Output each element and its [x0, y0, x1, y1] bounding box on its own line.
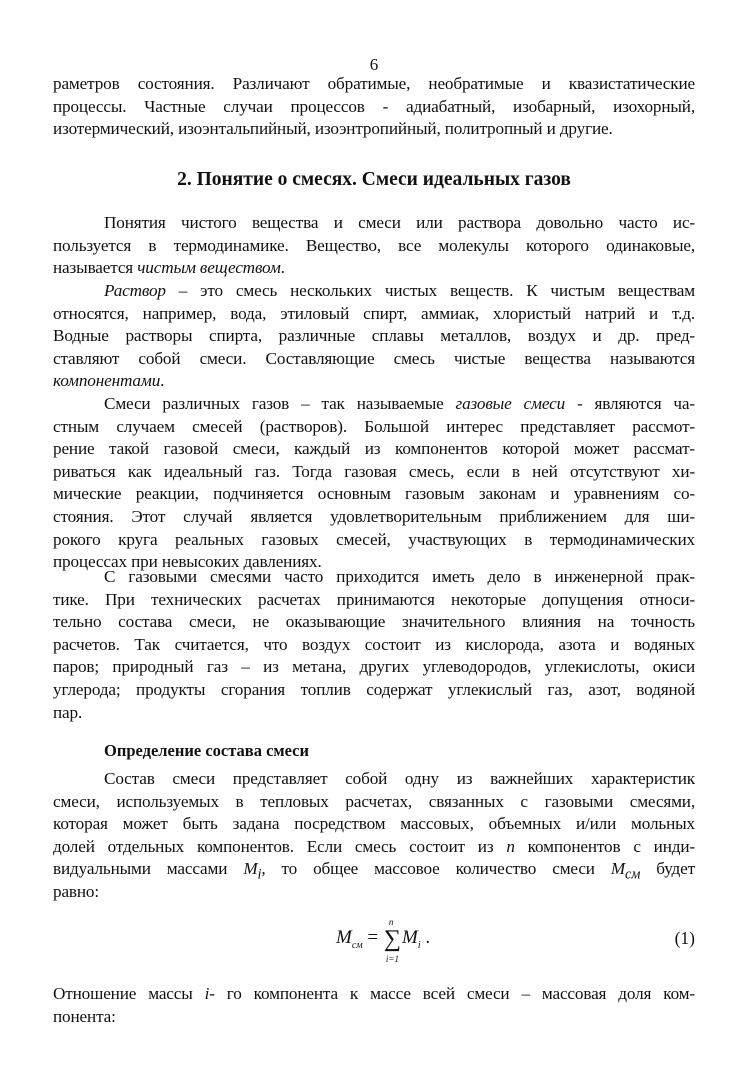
text-fragment: - го компонента к массе всей смеси – мас…: [209, 984, 695, 1003]
equation-1: Mсм = ∑ni=1Mi . (1): [53, 922, 695, 968]
text-line: тельно состава смеси, не оказывающие зна…: [53, 611, 695, 634]
lhs-symbol: M: [336, 927, 352, 948]
term-pure-substance: чистым веществом: [137, 258, 280, 277]
sigma-lower-limit: i=1: [386, 954, 399, 964]
paragraph-solution: Раствор – это смесь нескольких чистых ве…: [53, 280, 695, 393]
text-fragment: Отношение массы: [53, 984, 205, 1003]
rhs-symbol: M: [402, 927, 418, 948]
text-line: тике. При технических расчетах принимают…: [53, 589, 695, 612]
text-line: углерода; продукты сгорания топлив содер…: [53, 679, 695, 702]
text-fragment: .: [281, 258, 285, 277]
text-fragment: видуальными массами: [53, 859, 243, 878]
text-fragment: будет: [640, 859, 695, 878]
text-line: относятся, например, вода, этиловый спир…: [53, 303, 695, 326]
text-line: Отношение массы i- го компонента к массе…: [53, 983, 695, 1006]
text-line: которая может быть задана посредством ма…: [53, 813, 695, 836]
text-line: компонентами.: [53, 370, 695, 393]
text-line: расчетов. Так считается, что воздух сост…: [53, 634, 695, 657]
paragraph-composition: Состав смеси представляет собой одну из …: [53, 768, 695, 904]
page-number: 6: [53, 55, 695, 75]
lhs-subscript: см: [352, 940, 363, 951]
text-line: долей отдельных компонентов. Если смесь …: [53, 836, 695, 859]
text-fragment: долей отдельных компонентов. Если смесь …: [53, 837, 506, 856]
text-line: риваться как идеальный газ. Тогда газова…: [53, 461, 695, 484]
text-line: Понятия чистого вещества и смеси или рас…: [53, 212, 695, 235]
text-line: стным случаем смесей (растворов). Большо…: [53, 416, 695, 439]
equation-period: .: [421, 927, 431, 948]
var-symbol: M: [243, 859, 257, 878]
text-fragment: - являются ча-: [565, 394, 695, 413]
paragraph-engineering-practice: С газовыми смесями часто приходится имет…: [53, 566, 695, 724]
text-line: понента:: [53, 1006, 695, 1029]
text-line: Состав смеси представляет собой одну из …: [53, 768, 695, 791]
text-fragment: называется: [53, 258, 137, 277]
text-line: пользуется в термодинамике. Вещество, вс…: [53, 235, 695, 258]
text-line: стояния. Этот случай является удовлетвор…: [53, 506, 695, 529]
paragraph-gas-mixtures: Смеси различных газов – так называемые г…: [53, 393, 695, 574]
sigma-symbol: ∑: [384, 926, 401, 952]
sigma-upper-limit: n: [389, 917, 394, 927]
text-line: рение такой газовой смеси, каждый из ком…: [53, 438, 695, 461]
term-solution: Раствор: [104, 281, 166, 300]
section-heading: 2. Понятие о смесях. Смеси идеальных газ…: [53, 168, 695, 192]
text-fragment: .: [160, 371, 164, 390]
equals-sign: =: [363, 927, 383, 948]
text-line: равно:: [53, 881, 695, 904]
text-line: рокого круга реальных газовых смесей, уч…: [53, 529, 695, 552]
equation-expression: Mсм = ∑ni=1Mi .: [336, 926, 430, 953]
var-n: n: [506, 837, 514, 856]
term-gas-mixtures: газовые смеси: [456, 394, 565, 413]
text-line: процессы. Частные случаи процессов - ади…: [53, 96, 695, 119]
text-line: видуальными массами Mi, то общее массово…: [53, 858, 695, 881]
text-fragment: – это смесь нескольких чистых веществ. К…: [166, 281, 695, 300]
text-line: смеси, используемых в тепловых расчетах,…: [53, 791, 695, 814]
text-line: раметров состояния. Различают обратимые,…: [53, 73, 695, 96]
term-components: компонентами: [53, 371, 160, 390]
paragraph-mass-fraction: Отношение массы i- го компонента к массе…: [53, 983, 695, 1028]
paragraph-pure-substance: Понятия чистого вещества и смеси или рас…: [53, 212, 695, 280]
text-line: паров; природный газ – из метана, других…: [53, 656, 695, 679]
text-line: называется чистым веществом.: [53, 257, 695, 280]
continuation-paragraph: раметров состояния. Различают обратимые,…: [53, 73, 695, 141]
text-fragment: компонентов с инди-: [515, 837, 695, 856]
text-line: Раствор – это смесь нескольких чистых ве…: [53, 280, 695, 303]
text-fragment: Смеси различных газов – так называемые: [104, 394, 456, 413]
text-line: изотермический, изоэнтальпийный, изоэнтр…: [53, 118, 695, 141]
text-fragment: , то общее массовое количество смеси: [261, 859, 611, 878]
text-line: ставляют собой смеси. Составляющие смесь…: [53, 348, 695, 371]
text-line: пар.: [53, 702, 695, 725]
var-mcm: Mсм: [611, 859, 640, 878]
var-mi: Mi: [243, 859, 261, 878]
var-symbol: M: [611, 859, 625, 878]
text-line: Смеси различных газов – так называемые г…: [53, 393, 695, 416]
text-line: мические реакции, подчиняется основным г…: [53, 483, 695, 506]
text-line: С газовыми смесями часто приходится имет…: [53, 566, 695, 589]
var-subscript: см: [625, 867, 640, 883]
text-line: Водные растворы спирта, различные сплавы…: [53, 325, 695, 348]
sigma-icon: ∑ni=1: [384, 926, 401, 953]
subsection-heading: Определение состава смеси: [104, 740, 309, 762]
equation-number: (1): [675, 928, 695, 949]
